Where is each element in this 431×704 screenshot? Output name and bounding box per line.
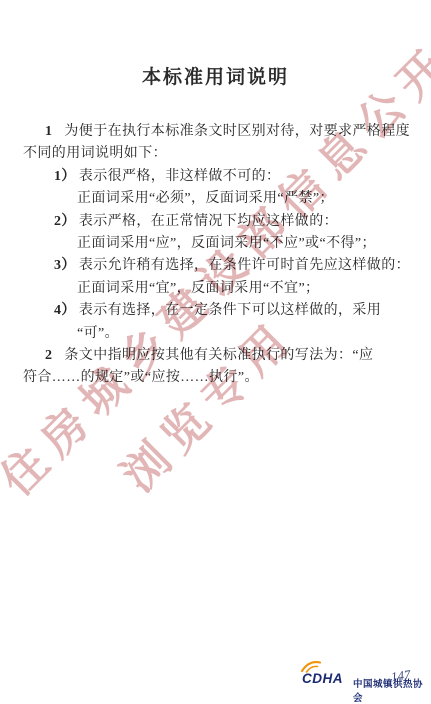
clause-number: 2） [54,214,76,229]
clause-text: 条文中指明应按其他有关标准执行的写法为：“应 [64,348,373,363]
clause-number: 1） [54,169,76,184]
text-line: 2条文中指明应按其他有关标准执行的写法为：“应 [23,345,415,367]
clause-text: 正面词采用“宜”，反面词采用“不宜”； [77,281,319,296]
text-line: 4）表示有选择，在一定条件下可以这样做的，采用 [23,300,415,322]
clause-text: 表示有选择，在一定条件下可以这样做的，采用 [79,303,381,318]
clause-number: 4） [54,303,76,318]
clause-text: 不同的用词说明如下： [23,146,167,161]
text-line: 1为便于在执行本标准条文时区别对待，对要求严格程度 [23,121,415,143]
clause-text: 为便于在执行本标准条文时区别对待，对要求严格程度 [64,124,410,139]
text-line: 3）表示允许稍有选择，在条件许可时首先应这样做的： [23,255,415,277]
text-line: “可”。 [23,323,415,345]
clause-number: 3） [54,258,76,273]
clause-text: “可”。 [77,326,119,341]
clause-number: 2 [45,348,52,363]
cdha-logo-text: CDHA [302,671,343,686]
footer-logo: CDHA 中国城镇供热协会 147 [300,660,430,698]
page-number: 147 [390,667,412,686]
page-title: 本标准用词说明 [0,62,431,89]
document-body: 1为便于在执行本标准条文时区别对待，对要求严格程度不同的用词说明如下：1）表示很… [23,121,415,390]
document-page: 住房城乡建设部信息公开 浏览专用 本标准用词说明 1为便于在执行本标准条文时区别… [0,0,431,704]
text-line: 正面词采用“宜”，反面词采用“不宜”； [23,278,415,300]
clause-text: 表示很严格，非这样做不可的： [79,169,281,184]
text-line: 正面词采用“应”，反面词采用“不应”或“不得”； [23,233,415,255]
clause-text: 符合……的规定”或“应按……执行”。 [23,370,259,385]
text-line: 符合……的规定”或“应按……执行”。 [23,367,415,389]
clause-number: 1 [45,124,52,139]
text-line: 不同的用词说明如下： [23,143,415,165]
clause-text: 正面词采用“应”，反面词采用“不应”或“不得”； [77,236,376,251]
text-line: 正面词采用“必须”，反面词采用“严禁”； [23,188,415,210]
text-line: 2）表示严格，在正常情况下均应这样做的： [23,211,415,233]
clause-text: 表示允许稍有选择，在条件许可时首先应这样做的： [79,258,410,273]
clause-text: 表示严格，在正常情况下均应这样做的： [79,214,338,229]
clause-text: 正面词采用“必须”，反面词采用“严禁”； [77,191,334,206]
text-line: 1）表示很严格，非这样做不可的： [23,166,415,188]
